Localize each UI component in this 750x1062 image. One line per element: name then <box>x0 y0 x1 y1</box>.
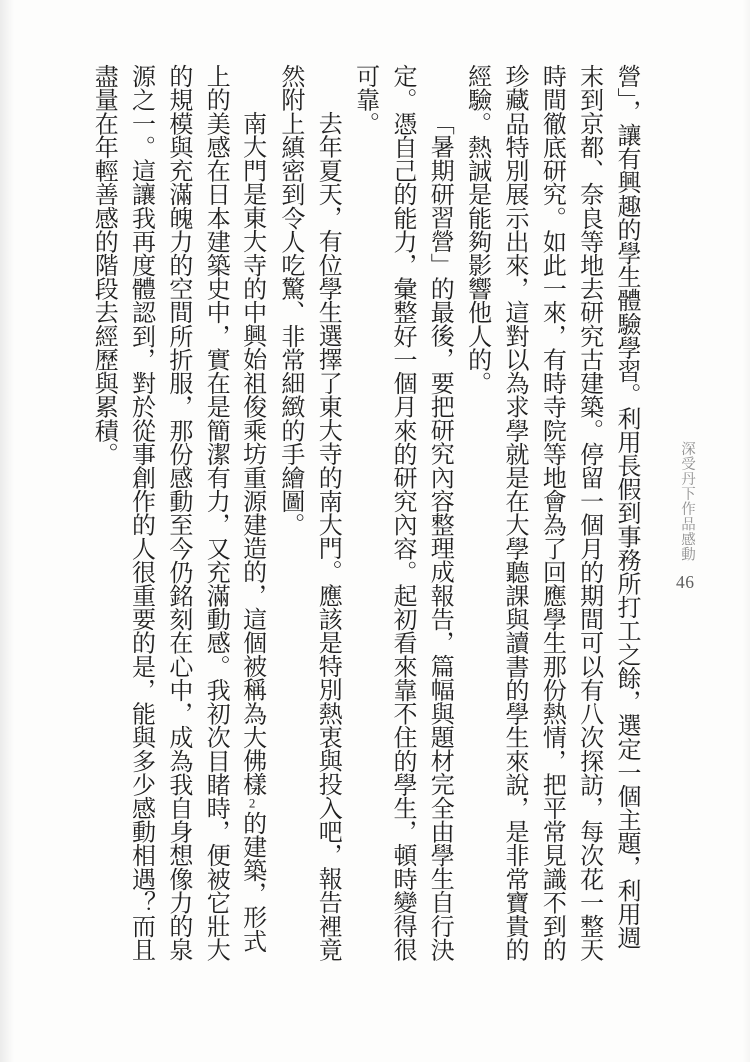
text-column: 營」，讓有興趣的學生體驗學習。利用長假到事務所打工之餘，選定一個主題，利用週 <box>607 64 644 962</box>
footnote-ref: 2 <box>245 796 260 811</box>
text-column: 經驗。熱誠是能夠影響他人的。 <box>457 64 494 962</box>
text-column: 源之一。這讓我再度體認到，對於從事創作的人很重要的是，能與多少感動相遇？而且 <box>121 64 158 962</box>
body-text: 營」，讓有興趣的學生體驗學習。利用長假到事務所打工之餘，選定一個主題，利用週末到… <box>84 64 644 962</box>
text-column: 然附上縝密到令人吃驚、非常細緻的手繪圖。 <box>271 64 308 962</box>
text-column: 上的美感在日本建築史中，實在是簡潔有力，又充滿動感。我初次目睹時，便被它壯大 <box>196 64 233 962</box>
page-number: 46 <box>676 572 695 593</box>
text-column: 珍藏品特別展示出來，這對以為求學就是在大學聽課與讀書的學生來說，是非常寶貴的 <box>495 64 532 962</box>
text-column: 「暑期研習營」的最後，要把研究內容整理成報告，篇幅與題材完全由學生自行決 <box>420 64 457 962</box>
text-column: 時間徹底研究。如此一來，有時寺院等地會為了回應學生那份熱情，把平常見識不到的 <box>532 64 569 962</box>
text-column: 定。憑自己的能力，彙整好一個月來的研究內容。起初看來靠不住的學生，頓時變得很 <box>383 64 420 962</box>
text-column: 末到京都、奈良等地去研究古建築。停留一個月的期間可以有八次探訪，每次花一整天 <box>569 64 606 962</box>
running-head: 深受丹下作品感動 <box>677 441 698 562</box>
book-page: 營」，讓有興趣的學生體驗學習。利用長假到事務所打工之餘，選定一個主題，利用週末到… <box>0 0 750 1062</box>
text-column: 可靠。 <box>345 64 382 962</box>
text-column: 盡量在年輕善感的階段去經歷與累積。 <box>84 64 121 962</box>
text-column: 去年夏天，有位學生選擇了東大寺的南大門。應該是特別熱衷與投入吧，報告裡竟 <box>308 64 345 962</box>
text-column: 南大門是東大寺的中興始祖俊乘坊重源建造的，這個被稱為大佛樣2的建築，形式 <box>233 64 270 962</box>
text-column: 的規模與充滿魄力的空間所折服，那份感動至今仍銘刻在心中，成為我自身想像力的泉 <box>159 64 196 962</box>
